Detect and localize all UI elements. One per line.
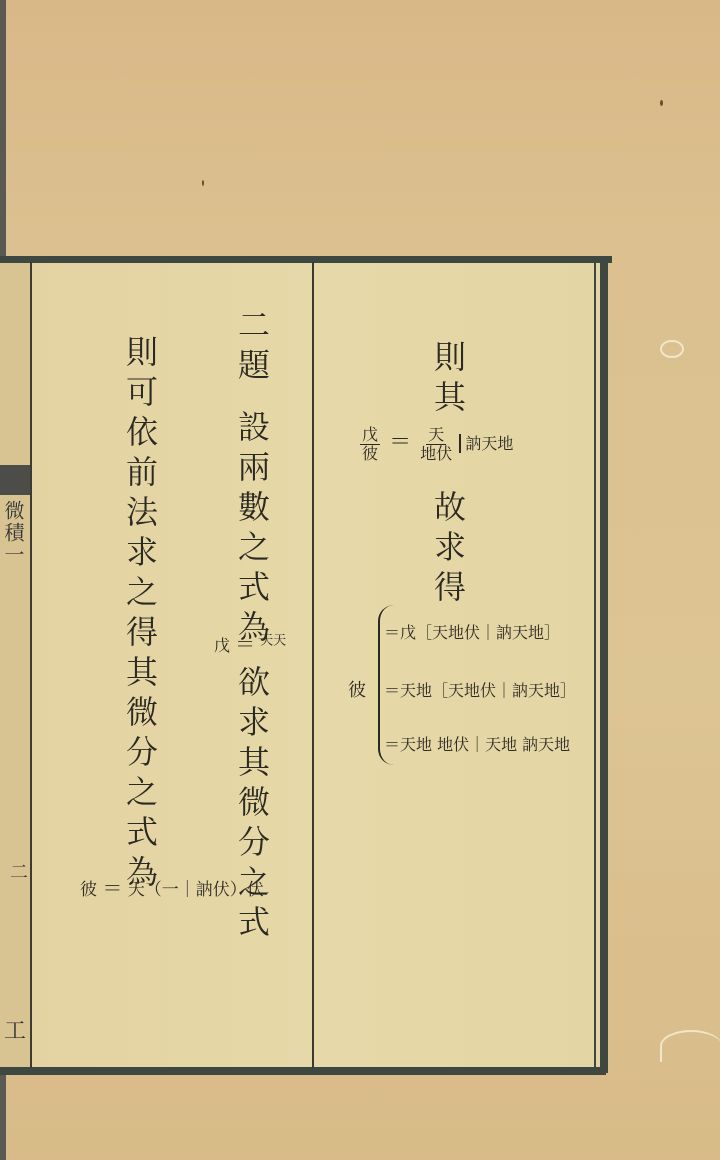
- fraction-lhs: 戊 彼: [360, 426, 380, 462]
- frame-left-border: [30, 262, 32, 1068]
- middle-line-2: 欲求其微分之式: [236, 665, 268, 945]
- right-formula-1: 戊 彼 ＝ 天 地伏 訥天地: [360, 425, 513, 463]
- system-row-1: ＝戊［天地伏｜訥天地］: [384, 620, 560, 643]
- ink-spot: [660, 100, 663, 106]
- frame-right-inner-border: [594, 262, 596, 1068]
- page-marker: 二: [4, 862, 30, 880]
- system-row-2: ＝天地［天地伏｜訥天地］: [384, 678, 576, 701]
- right-line-2: 故求得: [432, 490, 464, 610]
- fishtail-strip: [0, 262, 30, 1068]
- column-divider: [312, 262, 314, 1068]
- left-formula: 彼 ＝ 天（一｜訥伏）伏: [80, 872, 264, 901]
- left-line-1: 則可依前法求之得其微分之式為: [124, 335, 156, 895]
- system-lhs: 彼: [348, 676, 366, 702]
- text-panel: [30, 258, 608, 1070]
- middle-formula: 戊 ＝ 天天: [214, 628, 286, 657]
- frame-right-border: [600, 258, 608, 1073]
- right-line-1: 則其: [432, 340, 464, 420]
- paper-tear-mark: [660, 1030, 720, 1062]
- frame-bottom-border: [0, 1067, 606, 1075]
- frame-top-border: [0, 256, 612, 263]
- volume-label: 微積一: [2, 500, 28, 566]
- fraction-rhs: 天 地伏: [420, 426, 452, 462]
- system-row-3: ＝天地 地伏｜天地 訥天地: [384, 732, 570, 755]
- ink-spot: [202, 180, 204, 186]
- fishtail-marker: [0, 465, 30, 495]
- problem-heading: 二題: [236, 308, 268, 388]
- bottom-mark: 工: [4, 1014, 26, 1045]
- paper-wear-mark: [660, 340, 684, 358]
- middle-line-1: 設兩數之式為: [236, 410, 268, 650]
